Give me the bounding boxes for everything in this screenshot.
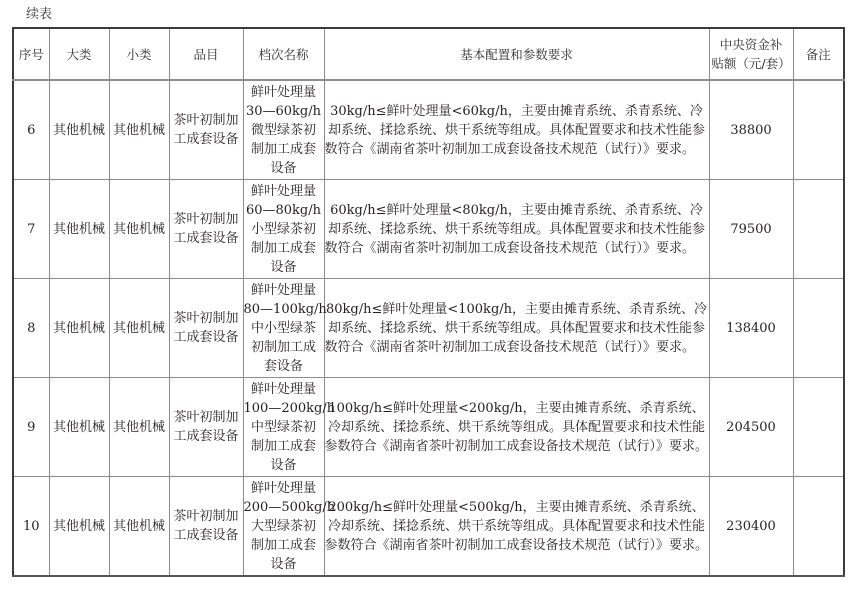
cell-subsidy: 230400: [709, 477, 793, 577]
cell-config: 100kg/h≤鲜叶处理量<200kg/h，主要由摊青系统、杀青系统、冷却系统、…: [324, 378, 709, 477]
grade-line: 初制加工成: [244, 338, 324, 357]
cell-seq: 9: [13, 378, 49, 477]
grade-line: 60—80kg/h: [244, 201, 324, 220]
cell-config: 80kg/h≤鲜叶处理量<100kg/h，主要由摊青系统、杀青系统、冷却系统、揉…: [324, 279, 709, 378]
cell-item: 茶叶初制加工成套设备: [169, 477, 243, 577]
grade-line: 鲜叶处理量: [244, 83, 324, 102]
cell-item: 茶叶初制加工成套设备: [169, 378, 243, 477]
cell-item: 茶叶初制加工成套设备: [169, 279, 243, 378]
cell-grade: 鲜叶处理量 60—80kg/h 小型绿茶初 制加工成套 设备: [243, 180, 324, 279]
header-subcategory: 小类: [109, 28, 169, 80]
table-row: 8 其他机械 其他机械 茶叶初制加工成套设备 鲜叶处理量 80—100kg/h …: [13, 279, 844, 378]
grade-line: 设备: [244, 258, 324, 277]
cell-config: 60kg/h≤鲜叶处理量<80kg/h，主要由摊青系统、杀青系统、冷却系统、揉捻…: [324, 180, 709, 279]
table-caption: 续表: [26, 3, 52, 22]
grade-line: 中小型绿茶: [244, 319, 324, 338]
cell-subsidy: 204500: [709, 378, 793, 477]
header-seq: 序号: [13, 28, 49, 80]
cell-grade: 鲜叶处理量 80—100kg/h 中小型绿茶 初制加工成 套设备: [243, 279, 324, 378]
cell-remarks: [793, 279, 844, 378]
header-item: 品目: [169, 28, 243, 80]
grade-line: 鲜叶处理量: [244, 479, 324, 498]
cell-grade: 鲜叶处理量 200—500kg/h 大型绿茶初 制加工成套 设备: [243, 477, 324, 577]
grade-line: 套设备: [244, 357, 324, 376]
grade-line: 30—60kg/h: [244, 102, 324, 121]
grade-line: 大型绿茶初: [244, 517, 324, 536]
cell-remarks: [793, 80, 844, 180]
header-subsidy-line: 贴额（元/套）: [710, 54, 793, 73]
table-row: 7 其他机械 其他机械 茶叶初制加工成套设备 鲜叶处理量 60—80kg/h 小…: [13, 180, 844, 279]
grade-line: 设备: [244, 555, 324, 574]
grade-line: 制加工成套: [244, 140, 324, 159]
cell-category: 其他机械: [49, 279, 109, 378]
grade-line: 中型绿茶初: [244, 418, 324, 437]
grade-line: 微型绿茶初: [244, 121, 324, 140]
grade-line: 制加工成套: [244, 239, 324, 258]
cell-item: 茶叶初制加工成套设备: [169, 180, 243, 279]
cell-category: 其他机械: [49, 180, 109, 279]
header-grade: 档次名称: [243, 28, 324, 80]
cell-remarks: [793, 477, 844, 577]
table-row: 9 其他机械 其他机械 茶叶初制加工成套设备 鲜叶处理量 100—200kg/h…: [13, 378, 844, 477]
grade-line: 100—200kg/h: [244, 399, 324, 418]
grade-line: 200—500kg/h: [244, 498, 324, 517]
table-row: 6 其他机械 其他机械 茶叶初制加工成套设备 鲜叶处理量 30—60kg/h 微…: [13, 80, 844, 180]
cell-subcategory: 其他机械: [109, 378, 169, 477]
cell-subsidy: 38800: [709, 80, 793, 180]
grade-line: 鲜叶处理量: [244, 182, 324, 201]
cell-item: 茶叶初制加工成套设备: [169, 80, 243, 180]
grade-line: 设备: [244, 456, 324, 475]
cell-config: 30kg/h≤鲜叶处理量<60kg/h，主要由摊青系统、杀青系统、冷却系统、揉捻…: [324, 80, 709, 180]
cell-grade: 鲜叶处理量 30—60kg/h 微型绿茶初 制加工成套 设备: [243, 80, 324, 180]
cell-subcategory: 其他机械: [109, 180, 169, 279]
cell-subsidy: 79500: [709, 180, 793, 279]
equipment-subsidy-table: 序号 大类 小类 品目 档次名称 基本配置和参数要求 中央资金补 贴额（元/套）…: [12, 27, 845, 577]
table-header-row: 序号 大类 小类 品目 档次名称 基本配置和参数要求 中央资金补 贴额（元/套）…: [13, 28, 844, 80]
header-remarks: 备注: [793, 28, 844, 80]
header-subsidy: 中央资金补 贴额（元/套）: [709, 28, 793, 80]
grade-line: 制加工成套: [244, 536, 324, 555]
cell-category: 其他机械: [49, 378, 109, 477]
cell-subsidy: 138400: [709, 279, 793, 378]
grade-line: 80—100kg/h: [244, 300, 324, 319]
cell-remarks: [793, 378, 844, 477]
grade-line: 鲜叶处理量: [244, 281, 324, 300]
header-category: 大类: [49, 28, 109, 80]
cell-subcategory: 其他机械: [109, 279, 169, 378]
cell-grade: 鲜叶处理量 100—200kg/h 中型绿茶初 制加工成套 设备: [243, 378, 324, 477]
cell-config: 200kg/h≤鲜叶处理量<500kg/h，主要由摊青系统、杀青系统、冷却系统、…: [324, 477, 709, 577]
grade-line: 鲜叶处理量: [244, 380, 324, 399]
cell-category: 其他机械: [49, 80, 109, 180]
cell-category: 其他机械: [49, 477, 109, 577]
header-config: 基本配置和参数要求: [324, 28, 709, 80]
cell-subcategory: 其他机械: [109, 80, 169, 180]
table-row: 10 其他机械 其他机械 茶叶初制加工成套设备 鲜叶处理量 200—500kg/…: [13, 477, 844, 577]
cell-seq: 7: [13, 180, 49, 279]
cell-seq: 10: [13, 477, 49, 577]
cell-subcategory: 其他机械: [109, 477, 169, 577]
grade-line: 制加工成套: [244, 437, 324, 456]
grade-line: 设备: [244, 159, 324, 178]
header-subsidy-line: 中央资金补: [710, 35, 793, 54]
cell-seq: 8: [13, 279, 49, 378]
cell-remarks: [793, 180, 844, 279]
grade-line: 小型绿茶初: [244, 220, 324, 239]
cell-seq: 6: [13, 80, 49, 180]
